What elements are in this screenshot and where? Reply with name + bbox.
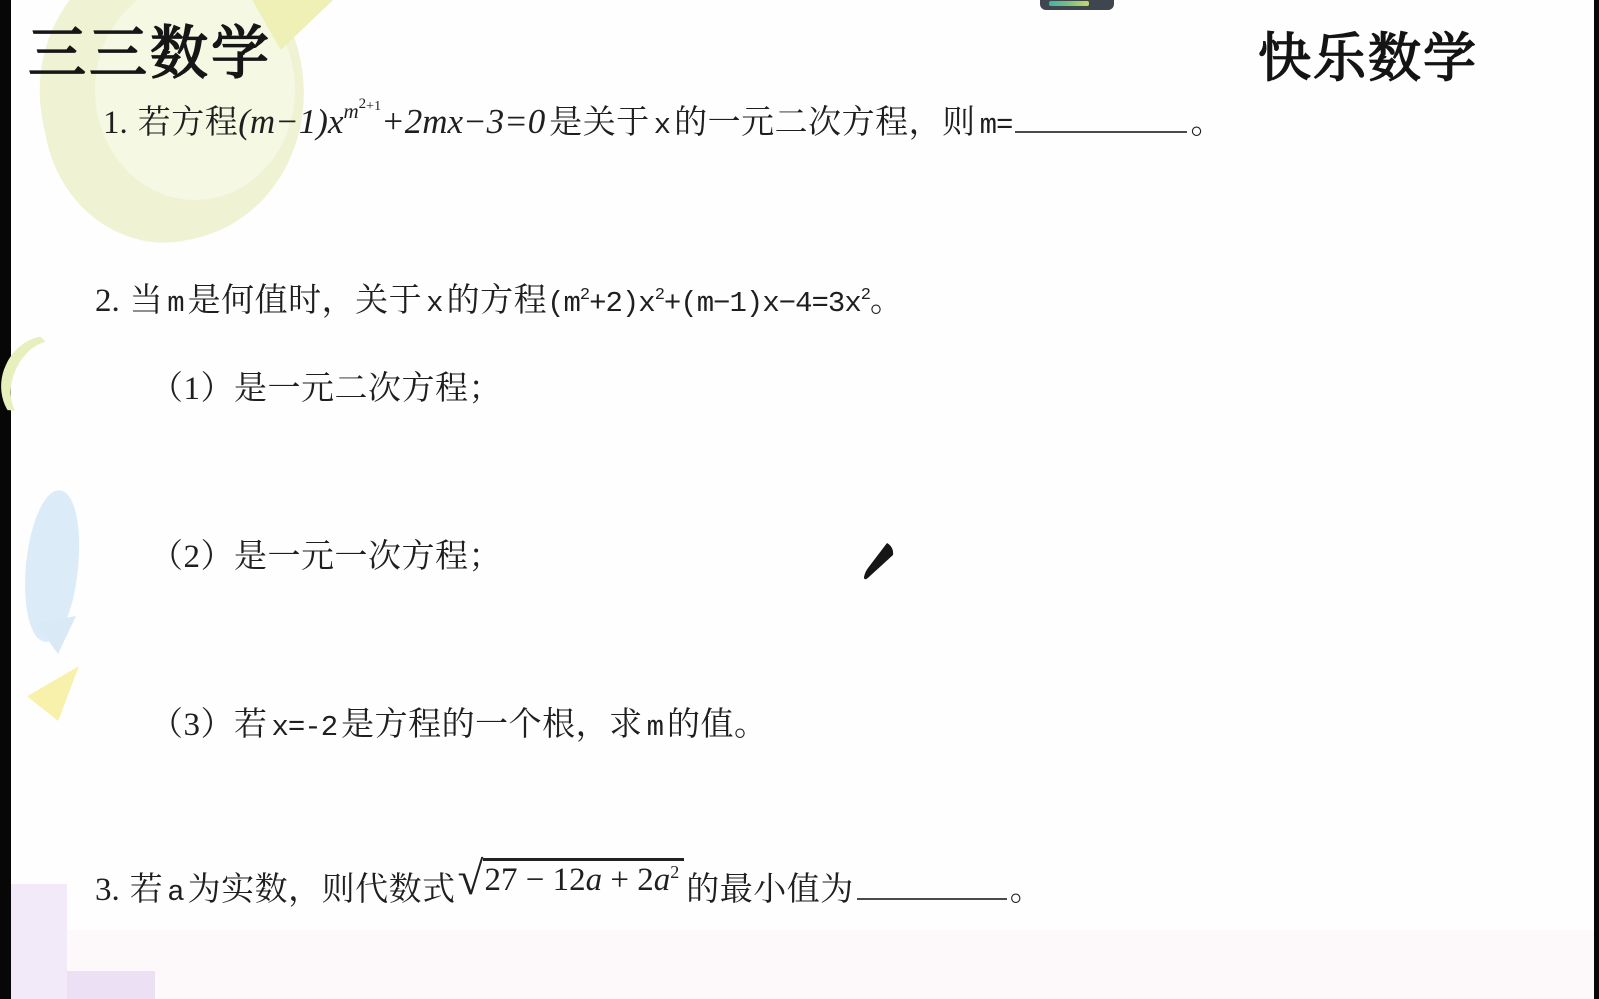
question-3-number: 3. (95, 872, 120, 908)
question-2-mid1: 是何值时，关于 (188, 283, 423, 319)
answer-blank-q3 (857, 868, 1007, 900)
question-2-sub-1: （1）是一元二次方程； (150, 362, 502, 409)
question-2-mid2: 的方程 (447, 283, 548, 319)
radical-part-2: + 2 (602, 862, 654, 898)
sub-3-post: 的值。 (667, 707, 768, 743)
sub-1-text: 是一元二次方程； (234, 371, 502, 407)
q2-sup-1: 2 (580, 286, 589, 305)
brand-title-right: 快乐数学 (1258, 16, 1478, 92)
question-2-sub-3: （3）若 x=-2 是方程的一个根，求 m 的值。 (150, 698, 768, 745)
question-3-end: 。 (1010, 872, 1044, 908)
q2-sup-3: 2 (861, 286, 870, 305)
question-1-formula-right: +2mx−3=0 (381, 102, 545, 141)
exponent-base: m (344, 99, 359, 123)
decor-arc-green (0, 322, 103, 443)
right-letterbox-bar (1594, 0, 1599, 999)
decor-rect-lavender (11, 884, 67, 999)
toolbar-accent-strip-icon (1049, 1, 1089, 6)
question-3-var-a: a (167, 876, 183, 909)
question-2: 2.当 m 是何值时，关于 x 的方程(m2+2)x2+(m−1)x−4=3x2… (95, 274, 903, 321)
question-1-formula-left: (m−1)x (238, 102, 343, 141)
question-1: 1.若方程(m−1)xm2+1+2mx−3=0 是关于 x 的一元二次方程，则 … (103, 96, 1224, 143)
q2-eq-3: +(m−1)x−4=3x (664, 287, 861, 320)
radical-var-a1: a (586, 862, 603, 898)
question-2-var-m: m (167, 287, 183, 320)
sub-2-label: （2） (150, 539, 234, 575)
radical-sign-icon: √ (458, 856, 484, 903)
exponent-tail: +1 (366, 99, 381, 114)
question-2-var-x: x (426, 287, 442, 320)
question-2-lead: 当 (130, 283, 164, 319)
radical-expression: √27 − 12a + 2a2 (458, 862, 685, 909)
mouse-cursor-icon (856, 540, 898, 586)
question-1-mid2: 的一元二次方程，则 (674, 105, 976, 141)
question-2-sub-2: （2）是一元一次方程； (150, 530, 502, 577)
question-1-m-equals: m= (980, 109, 1013, 142)
q2-eq-1: (m (547, 287, 580, 320)
radical-content: 27 − 12a + 2a2 (483, 858, 684, 899)
question-1-number: 1. (103, 105, 128, 141)
sub-3-var-m: m (647, 711, 663, 744)
sub-2-text: 是一元一次方程； (234, 539, 502, 575)
sub-3-mid: 是方程的一个根，求 (341, 707, 643, 743)
decor-rect-lavender-2 (67, 971, 155, 999)
question-2-end: 。 (870, 283, 904, 319)
brand-title-left: 三三数学 (28, 6, 272, 90)
question-1-var-x: x (654, 109, 670, 142)
radical-part-1: 27 − 12 (484, 862, 585, 898)
question-2-number: 2. (95, 283, 120, 319)
floating-toolbar-edge[interactable] (1040, 0, 1114, 10)
left-letterbox-bar (0, 0, 11, 999)
sub-1-label: （1） (150, 371, 234, 407)
decor-triangle-yellow (27, 666, 79, 721)
question-3-lead: 若 (130, 872, 164, 908)
question-3: 3.若 a 为实数，则代数式√27 − 12a + 2a2的最小值为。 (95, 862, 1043, 910)
question-1-lead: 若方程 (138, 105, 239, 141)
question-1-end: 。 (1190, 105, 1224, 141)
sub-3-equation: x=-2 (272, 711, 338, 744)
question-3-mid2: 的最小值为 (686, 872, 854, 908)
question-3-mid1: 为实数，则代数式 (188, 872, 456, 908)
sub-3-label: （3） (150, 707, 234, 743)
question-1-exponent: m2+1 (344, 99, 382, 124)
answer-blank-q1 (1015, 101, 1187, 133)
question-1-mid: 是关于 (549, 105, 650, 141)
radical-var-a2: a (654, 862, 671, 898)
radical-superscript: 2 (670, 862, 679, 883)
decor-bottom-tint (11, 930, 1594, 999)
q2-sup-2: 2 (655, 286, 664, 305)
q2-eq-2: +2)x (589, 287, 655, 320)
sub-3-pre: 若 (234, 707, 268, 743)
